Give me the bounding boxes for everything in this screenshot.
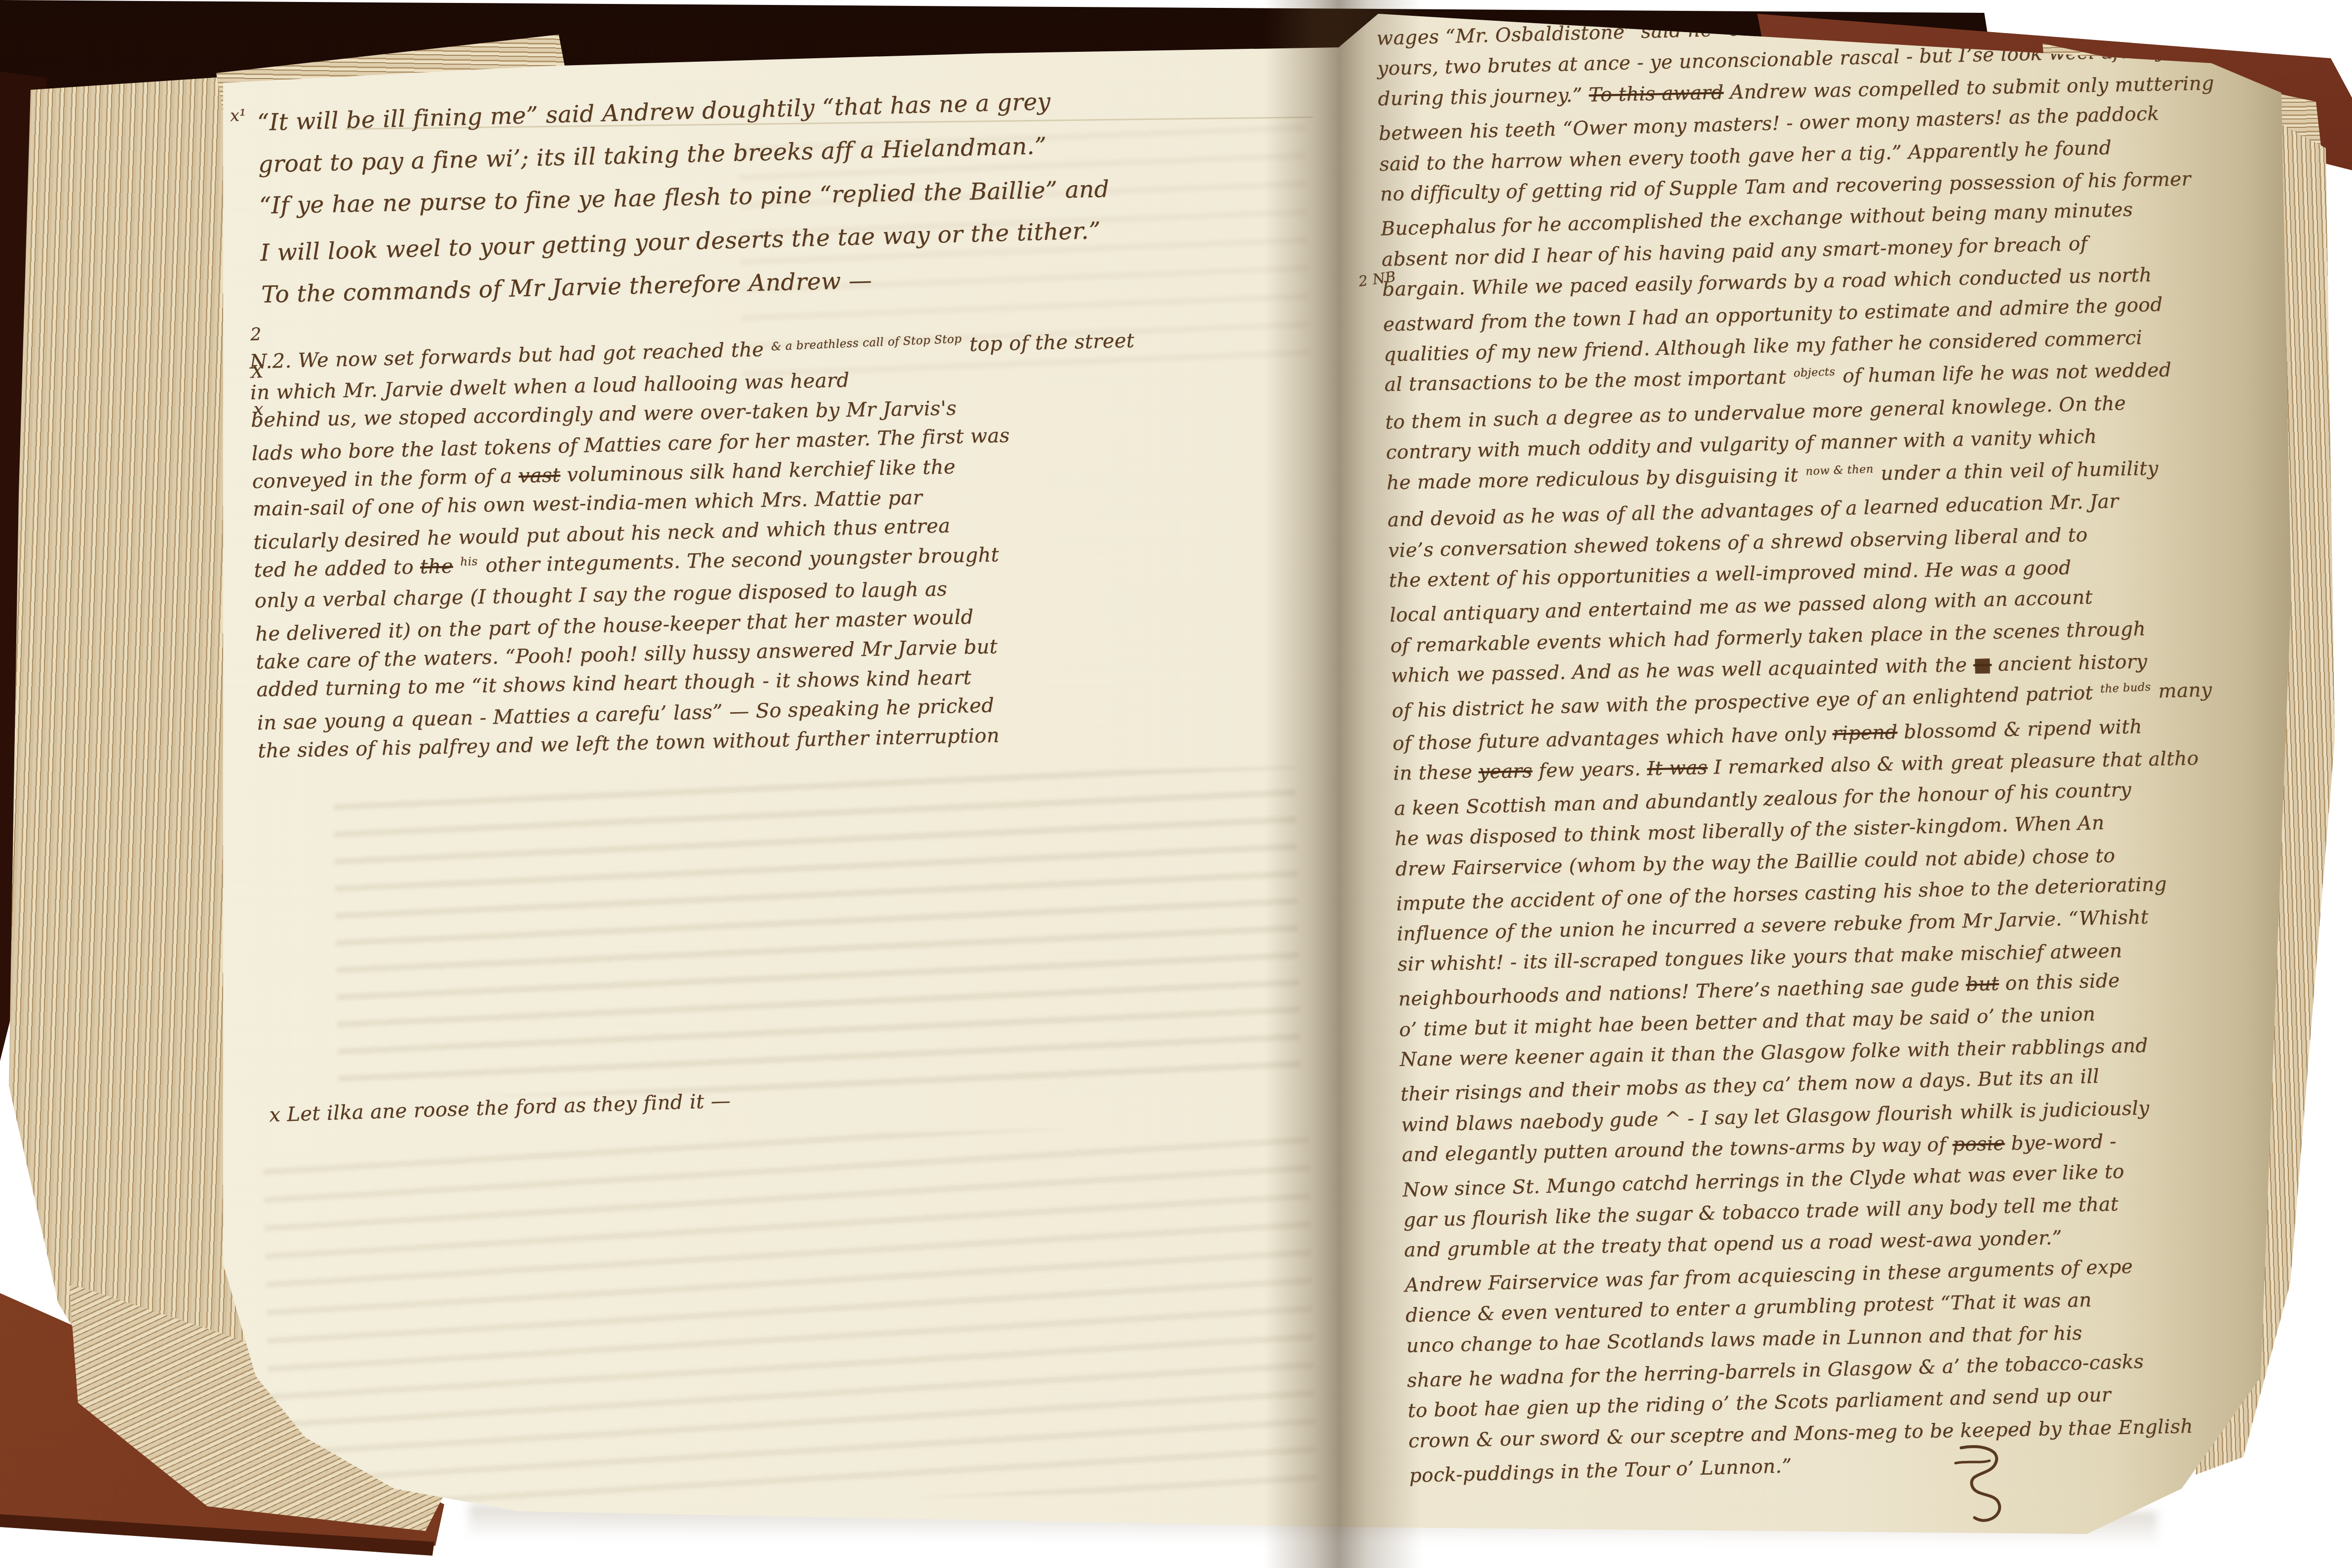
photograph-of-open-manuscript-book: x¹ 2 X x “It will be ill fining me” said… (0, 0, 2352, 1568)
